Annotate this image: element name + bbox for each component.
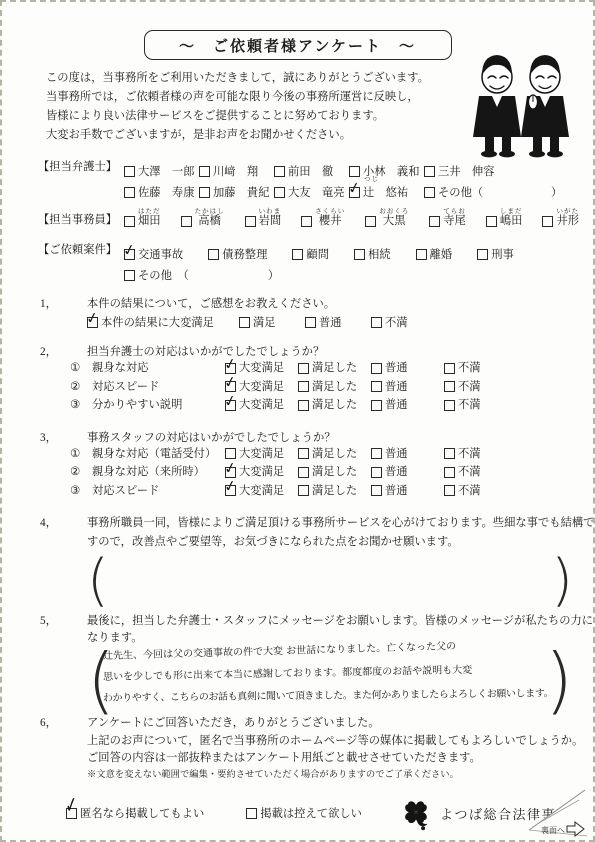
option-label: 不満 (458, 359, 481, 378)
question-text: ご回答の内容は一部抜粋またはアンケート用紙ごと載せさせていただきます。 (87, 750, 593, 768)
attorneys-heading: 【担当弁護士】 (38, 158, 124, 200)
case-label: 交通事故 (138, 246, 183, 262)
case-label: 離婚 (430, 246, 453, 262)
handwriting-line: わかりやすく、こちらのお話も真剣に聞いて頂きました。また何かありましたらよろしく… (103, 684, 553, 704)
attorney-checkbox-tsuji[interactable] (349, 187, 360, 198)
question-text: すので，改善点やご要望等，お気づきになられた点をお聞かせ願います。 (87, 533, 593, 552)
question-text: 事務スタッフの対応はいかがでしたでしょうか？ (87, 429, 336, 445)
consent-label: 掲載は控えて欲しい (260, 805, 362, 821)
attorney-checkbox-other[interactable] (424, 187, 435, 198)
q3-1-checkbox-normal[interactable] (371, 448, 382, 459)
q3-1-option-normal: 普通 (371, 445, 444, 464)
staff-checkbox-iwama[interactable] (245, 216, 256, 227)
staff-option-igata: いがた井形 (542, 208, 579, 227)
attorney-option-mitsui: 三井 伸容 (424, 163, 499, 179)
option-label: 大変満足 (239, 482, 284, 501)
staff-label: 嶋田 (500, 215, 523, 227)
q3-2-option-very-satisfied: 大変満足 (225, 463, 298, 482)
attorney-option-sato: 佐藤 寿康 (124, 184, 199, 200)
staff-furigana: てらお (443, 208, 466, 215)
staff-option-iwama: いわま岩間 (245, 208, 282, 227)
row-number: ③ (70, 396, 92, 415)
option-label: 普通 (385, 482, 408, 501)
option-label: 満足した (312, 396, 357, 415)
q1-checkbox-dissatisfied[interactable] (371, 317, 382, 328)
staff-option-shimada: しまだ嶋田 (486, 208, 523, 227)
q1-option-very-satisfied: 本件の結果に大変満足 (87, 314, 239, 330)
attorney-label: 三井 伸容 (438, 163, 495, 179)
case-option-other: その他 （ ） (124, 267, 279, 283)
q3-1-checkbox-dissatisfied[interactable] (444, 448, 455, 459)
q1-checkbox-very-satisfied[interactable] (87, 317, 98, 328)
staff-checkbox-takahashi[interactable] (181, 216, 192, 227)
attorney-option-otomo: 大友 竜亮 (274, 184, 349, 200)
option-label: 普通 (385, 359, 408, 378)
question-number: 4， (40, 514, 87, 533)
question-number: 3， (40, 429, 87, 445)
section-case-type: 【ご依頼案件】 交通事故 債務整理 顧問 相続 離婚 刑事 その他 （ ） (38, 241, 593, 283)
lawyers-cartoon-icon (463, 44, 581, 164)
q2-2-option-normal: 普通 (371, 378, 444, 397)
row-label: 分かりやすい説明 (92, 396, 225, 415)
question-6: 6， アンケートにご回答いただき，ありがとうございました。 上記のお声について，… (40, 715, 593, 783)
attorney-checkbox-kato[interactable] (199, 187, 210, 198)
case-checkbox-other[interactable] (124, 270, 135, 281)
q3-row-3: ③ 対応スピード 大変満足 満足した 普通 不満 (70, 482, 593, 501)
case-option-advisory: 顧問 (292, 246, 329, 262)
case-checkbox-criminal[interactable] (477, 249, 488, 260)
staff-furigana: しまだ (500, 208, 523, 215)
staff-option-hatada: はただ畑田 (124, 208, 161, 227)
option-label: 普通 (385, 445, 408, 464)
option-label: 不満 (458, 445, 481, 464)
question-number: 2， (40, 343, 87, 359)
q2-3-checkbox-normal[interactable] (371, 400, 382, 411)
q3-3-checkbox-dissatisfied[interactable] (444, 485, 455, 496)
attorney-label: 加藤 貴紀 (213, 184, 270, 200)
case-label: 相続 (368, 246, 391, 262)
case-label: 顧問 (306, 246, 329, 262)
question-number: 6， (40, 715, 87, 733)
q2-1-option-dissatisfied: 不満 (444, 359, 481, 378)
lawyers-illustration (463, 44, 581, 164)
attorney-option-maeda: 前田 徹 (274, 163, 349, 179)
staff-checkbox-sakurai[interactable] (301, 216, 312, 227)
attorney-option-tsuji: つじ辻 悠祐 (349, 184, 424, 200)
case-label: その他 （ ） (138, 267, 279, 283)
row-number: ③ (70, 482, 92, 501)
q2-1-option-very-satisfied: 大変満足 (225, 359, 298, 378)
q2-row-1: ① 親身な対応 大変満足 満足した 普通 不満 (70, 359, 593, 378)
staff-furigana: いわま (259, 208, 282, 215)
q1-checkbox-satisfied[interactable] (239, 317, 250, 328)
consent-option-no-publication: 掲載は控えて欲しい (246, 805, 362, 821)
attorney-checkbox-mitsui[interactable] (424, 166, 435, 177)
case-option-traffic-accident: 交通事故 (124, 246, 183, 262)
attorney-label: 大澤 一郎 (138, 163, 195, 179)
question-3: 3， 事務スタッフの対応はいかがでしたでしょうか？ ① 親身な対応（電話受付） … (40, 429, 593, 501)
option-label: 普通 (385, 463, 408, 482)
question-text: 上記のお声について，匿名で当事務所のホームページ等の媒体に掲載してもよろしいでし… (87, 733, 593, 751)
q1-checkbox-normal[interactable] (305, 317, 316, 328)
q2-2-option-very-satisfied: 大変満足 (225, 378, 298, 397)
staff-checkbox-igata[interactable] (542, 216, 553, 227)
staff-option-takahashi: たかはし高橋 (181, 208, 225, 227)
q2-3-option-dissatisfied: 不満 (444, 396, 481, 415)
case-checkbox-inheritance[interactable] (354, 249, 365, 260)
page-title-text: ～ ご依頼者様アンケート ～ (179, 39, 416, 55)
q2-2-option-satisfied: 満足した (298, 378, 371, 397)
q2-2-checkbox-satisfied[interactable] (298, 381, 309, 392)
q3-3-option-normal: 普通 (371, 482, 444, 501)
questionnaire-page: ～ ご依頼者様アンケート ～ (0, 0, 595, 842)
q3-1-option-dissatisfied: 不満 (444, 445, 481, 464)
attorney-option-osawa: 大澤 一郎 (124, 163, 199, 179)
case-checkbox-debt[interactable] (208, 249, 219, 260)
q3-3-checkbox-satisfied[interactable] (298, 485, 309, 496)
option-label: 満足した (312, 378, 357, 397)
q1-option-label: 普通 (319, 314, 342, 330)
q5-answer-area: ( 辻先生、今回は父の交通事故の件で大変 お世話になりました。亡くなった父の 思… (87, 649, 573, 711)
option-label: 大変満足 (239, 463, 284, 482)
staff-heading: 【担当事務員】 (38, 211, 124, 227)
q2-1-option-satisfied: 満足した (298, 359, 371, 378)
staff-label: 井形 (556, 215, 579, 227)
staff-checkbox-okuro[interactable] (365, 216, 376, 227)
q3-2-option-normal: 普通 (371, 463, 444, 482)
case-checkbox-divorce[interactable] (416, 249, 427, 260)
q3-2-option-dissatisfied: 不満 (444, 463, 481, 482)
attorney-checkbox-kawasaki[interactable] (199, 166, 210, 177)
attorney-label: 川﨑 翔 (213, 163, 258, 179)
q2-2-checkbox-normal[interactable] (371, 381, 382, 392)
q3-3-checkbox-very-satisfied[interactable] (225, 485, 236, 496)
attorney-label: 佐藤 寿康 (138, 184, 195, 200)
row-number: ① (70, 359, 92, 378)
q2-1-option-normal: 普通 (371, 359, 444, 378)
attorney-option-kobayashi: 小林 義和 (349, 163, 424, 179)
question-text: 最後に，担当した弁護士・スタッフにメッセージをお願いします。皆様のメッセージが私… (87, 613, 593, 630)
q3-1-option-very-satisfied: 大変満足 (225, 445, 298, 464)
attorney-checkbox-sato[interactable] (124, 187, 135, 198)
consent-checkbox-no-publication[interactable] (246, 808, 257, 819)
q3-2-checkbox-dissatisfied[interactable] (444, 467, 455, 478)
staff-label: 岩間 (259, 215, 282, 227)
page-title: ～ ご依頼者様アンケート ～ (144, 30, 452, 60)
case-label: 債務整理 (222, 246, 267, 262)
q3-1-option-satisfied: 満足した (298, 445, 371, 464)
case-label: 刑事 (491, 246, 514, 262)
staff-label: 畑田 (138, 215, 161, 227)
q2-3-option-very-satisfied: 大変満足 (225, 396, 298, 415)
question-number: 1， (40, 295, 87, 311)
option-label: 満足した (312, 359, 357, 378)
staff-option-okuro: おおくろ大黒 (365, 208, 409, 227)
question-2: 2， 担当弁護士の対応はいかがでしたでしょうか？ ① 親身な対応 大変満足 満足… (40, 343, 593, 415)
q1-option-normal: 普通 (305, 314, 371, 330)
attorney-option-kawasaki: 川﨑 翔 (199, 163, 274, 179)
question-number: 5， (40, 613, 87, 630)
q2-3-checkbox-satisfied[interactable] (298, 400, 309, 411)
attorney-label: その他（ ） (438, 184, 562, 200)
q2-2-option-dissatisfied: 不満 (444, 378, 481, 397)
q2-row-3: ③ 分かりやすい説明 大変満足 満足した 普通 不満 (70, 396, 593, 415)
consent-label: 匿名なら掲載してもよい (80, 805, 204, 821)
attorney-label: 大友 竜亮 (288, 184, 345, 200)
staff-label: 櫻井 (319, 215, 342, 227)
question-text: 事務所職員一同，皆様によりご満足頂ける事務所サービスを心がけております。些細な事… (87, 514, 594, 533)
option-label: 満足した (312, 482, 357, 501)
option-label: 不満 (458, 463, 481, 482)
attorney-label: 辻 悠祐 (363, 184, 408, 200)
case-option-debt: 債務整理 (208, 246, 267, 262)
staff-furigana: さくらい (315, 208, 345, 215)
attorney-checkbox-otomo[interactable] (274, 187, 285, 198)
q3-2-checkbox-normal[interactable] (371, 467, 382, 478)
row-label: 親身な対応（来所時） (92, 463, 225, 482)
staff-option-sakurai: さくらい櫻井 (301, 208, 345, 227)
row-label: 親身な対応（電話受付） (92, 445, 225, 464)
section-attorneys: 【担当弁護士】 大澤 一郎 川﨑 翔 前田 徹 小林 義和 三井 伸容 佐藤 寿… (38, 158, 593, 200)
attorney-checkbox-maeda[interactable] (274, 166, 285, 177)
q4-answer-area[interactable]: ( ) (87, 555, 573, 607)
question-4: 4， 事務所職員一同，皆様によりご満足頂ける事務所サービスを心がけております。些… (40, 514, 593, 607)
attorney-label: 前田 徹 (288, 163, 333, 179)
open-paren: ( (87, 556, 109, 606)
close-paren: ) (545, 650, 573, 710)
option-label: 満足した (312, 463, 357, 482)
attorney-option-other: その他（ ） (424, 184, 562, 200)
option-label: 不満 (458, 482, 481, 501)
q3-row-1: ① 親身な対応（電話受付） 大変満足 満足した 普通 不満 (70, 445, 593, 464)
question-text: 担当弁護士の対応はいかがでしたでしょうか？ (87, 343, 324, 359)
section-staff: 【担当事務員】 はただ畑田 たかはし高橋 いわま岩間 さくらい櫻井 おおくろ大黒… (38, 208, 593, 227)
staff-option-terao: てらお寺尾 (429, 208, 466, 227)
consent-option-anonymous-ok: 匿名なら掲載してもよい (66, 805, 204, 821)
option-label: 普通 (385, 378, 408, 397)
q3-2-checkbox-satisfied[interactable] (298, 467, 309, 478)
attorney-option-kato: 加藤 貴紀 (199, 184, 274, 200)
staff-furigana: たかはし (195, 208, 225, 215)
q1-option-label: 満足 (253, 314, 276, 330)
row-number: ② (70, 463, 92, 482)
option-label: 満足した (312, 445, 357, 464)
row-label: 対応スピード (92, 378, 225, 397)
staff-label: 高橋 (198, 215, 221, 227)
question-1: 1， 本件の結果について，ご感想をお教えください。 本件の結果に大変満足 満足 … (40, 295, 593, 330)
option-label: 大変満足 (239, 396, 284, 415)
case-heading: 【ご依頼案件】 (38, 241, 124, 283)
staff-furigana: はただ (138, 208, 161, 215)
option-label: 大変満足 (239, 359, 284, 378)
question-text: アンケートにご回答いただき，ありがとうございました。 (87, 715, 380, 733)
q2-3-checkbox-dissatisfied[interactable] (444, 400, 455, 411)
q2-2-checkbox-dissatisfied[interactable] (444, 381, 455, 392)
case-option-inheritance: 相続 (354, 246, 391, 262)
q3-3-option-very-satisfied: 大変満足 (225, 482, 298, 501)
question-5: 5， 最後に，担当した弁護士・スタッフにメッセージをお願いします。皆様のメッセー… (40, 613, 593, 711)
option-label: 不満 (458, 378, 481, 397)
attorney-furigana: つじ (364, 177, 379, 183)
staff-checkbox-shimada[interactable] (486, 216, 497, 227)
option-label: 不満 (458, 396, 481, 415)
q2-3-checkbox-very-satisfied[interactable] (225, 400, 236, 411)
q3-3-option-satisfied: 満足した (298, 482, 371, 501)
clover-icon (400, 797, 432, 834)
staff-checkbox-terao[interactable] (429, 216, 440, 227)
q2-3-option-normal: 普通 (371, 396, 444, 415)
option-label: 普通 (385, 396, 408, 415)
consent-checkbox-anonymous-ok[interactable] (66, 808, 77, 819)
row-label: 対応スピード (92, 482, 225, 501)
q3-2-option-satisfied: 満足した (298, 463, 371, 482)
back-side-note: 裏面へ (541, 825, 565, 835)
case-option-divorce: 離婚 (416, 246, 453, 262)
page-curl: 裏面へ (433, 784, 593, 840)
case-option-criminal: 刑事 (477, 246, 514, 262)
attorney-checkbox-osawa[interactable] (124, 166, 135, 177)
q2-1-checkbox-normal[interactable] (371, 363, 382, 374)
question-text: 本件の結果について，ご感想をお教えください。 (87, 295, 335, 311)
staff-label: 大黒 (383, 215, 406, 227)
staff-furigana: いがた (556, 208, 579, 215)
staff-furigana: おおくろ (379, 208, 409, 215)
q1-option-label: 不満 (385, 314, 408, 330)
q3-row-2: ② 親身な対応（来所時） 大変満足 満足した 普通 不満 (70, 463, 593, 482)
case-checkbox-traffic-accident[interactable] (124, 249, 135, 260)
handwriting-line: 思いを少しでも形に出来て本当に感謝しております。都度都度のお話や説明も大変 (103, 661, 472, 683)
row-number: ② (70, 378, 92, 397)
q1-option-label: 本件の結果に大変満足 (101, 314, 214, 330)
option-label: 大変満足 (239, 445, 284, 464)
option-label: 大変満足 (239, 378, 284, 397)
q2-1-checkbox-dissatisfied[interactable] (444, 363, 455, 374)
attorney-checkbox-kobayashi[interactable] (349, 166, 360, 177)
q2-3-option-satisfied: 満足した (298, 396, 371, 415)
q1-option-satisfied: 満足 (239, 314, 305, 330)
q3-1-checkbox-satisfied[interactable] (298, 448, 309, 459)
case-checkbox-advisory[interactable] (292, 249, 303, 260)
q2-row-2: ② 対応スピード 大変満足 満足した 普通 不満 (70, 378, 593, 397)
close-paren: ) (551, 556, 573, 606)
row-number: ① (70, 445, 92, 464)
q1-option-dissatisfied: 不満 (371, 314, 408, 330)
disclaimer-note: ※文意を変えない範囲で編集・要約させていただく場合がありますのでご了承ください。 (87, 768, 593, 783)
staff-label: 寺尾 (443, 215, 466, 227)
q3-3-checkbox-normal[interactable] (371, 485, 382, 496)
q3-3-option-dissatisfied: 不満 (444, 482, 481, 501)
q2-1-checkbox-satisfied[interactable] (298, 363, 309, 374)
row-label: 親身な対応 (92, 359, 225, 378)
staff-checkbox-hatada[interactable] (124, 216, 135, 227)
